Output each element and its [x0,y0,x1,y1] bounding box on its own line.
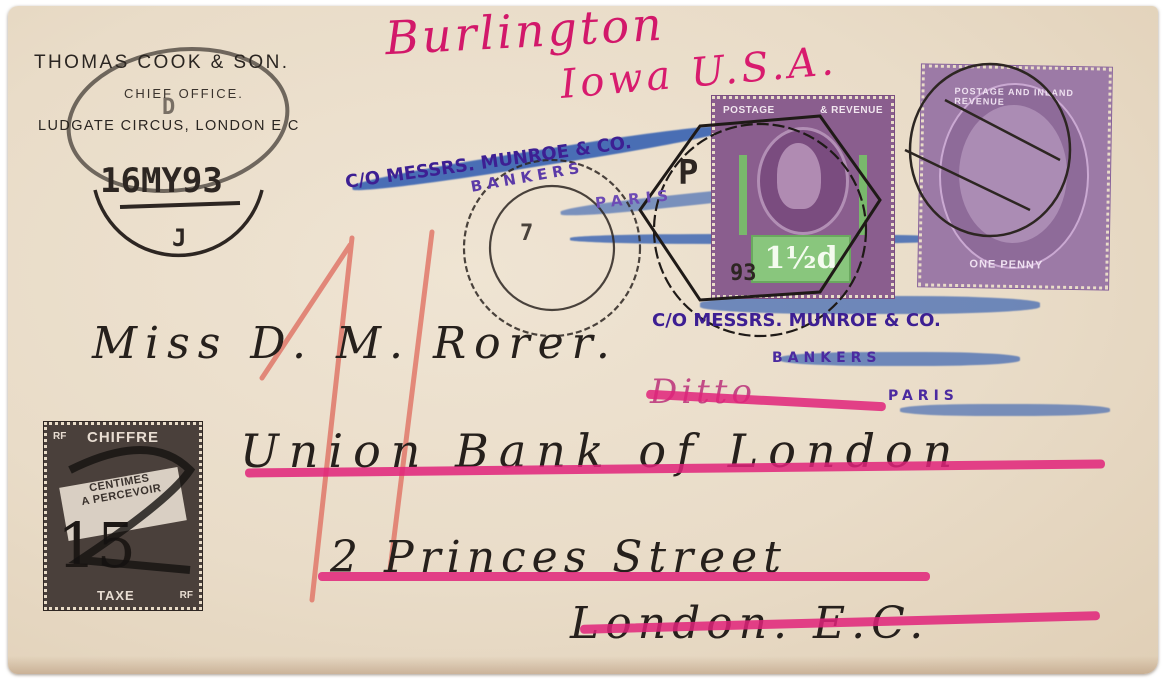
sender-office: CHIEF OFFICE. [124,86,244,101]
stamp-corner: RF [180,590,193,601]
blue-crayon-stroke [900,404,1110,416]
stamp-corner: RF [53,431,66,442]
stamp-top: CHIFFRE [87,429,159,446]
queen-portrait-icon [777,143,821,209]
laurel-icon [859,155,867,235]
handstamp-paris: PARIS [888,388,959,404]
stamp-bottom: TAXE [97,588,135,603]
strikethrough-street [318,572,930,581]
stamp-jubilee-1-half-d: POSTAGE & REVENUE 1½d [712,96,894,298]
handstamp-bankers: BANKERS [772,350,882,366]
stamp-french-postage-due: RF CHIFFRE CENTIMES A PERCEVOIR 15 TAXE … [44,422,202,610]
stamp-penny-lilac: POSTAGE AND INLAND REVENUE ONE PENNY [918,64,1112,289]
stamp-label: & REVENUE [820,105,883,116]
sender-address: LUDGATE CIRCUS, LONDON E C [38,118,300,134]
stamp-label: POSTAGE [723,105,775,116]
stamp-ring-text: POSTAGE AND INLAND REVENUE [954,86,1108,109]
stamp-value: ONE PENNY [969,258,1043,271]
stamp-value: 15 [57,509,136,582]
laurel-icon [739,155,747,235]
handstamp-care-of: C/O MESSRS. MUNROE & CO. [652,310,941,331]
recipient-name: Miss D. M. Rorer. [92,318,618,369]
stamp-value: 1½d [751,235,851,283]
sender-name: THOMAS COOK & SON. [34,52,289,74]
